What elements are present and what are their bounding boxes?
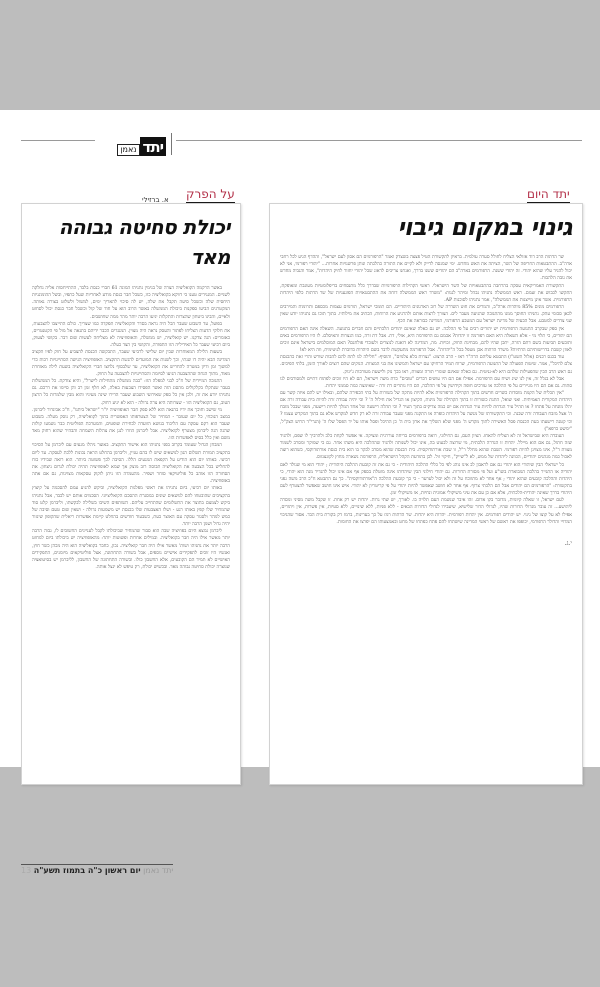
paragraph: התגובה המיידית של ח"כ לבני למפלה הזו: "כ…	[32, 378, 230, 407]
article-signature: י.ג.	[280, 540, 572, 547]
paragraph: לעם ישראל, זו שאלה קיומית, מדובר בקו אדו…	[280, 497, 572, 526]
left-article-body: באשר הרקמה הקואליציה הצרה של בנימין נתני…	[32, 285, 230, 571]
paragraph: מי שישב וחוכך את ידיו בהנאה הוא ללא ספק …	[32, 407, 230, 443]
masthead-rule-left	[21, 140, 95, 141]
paragraph: באשר הרקמה הקואליציה הצרה של בנימין נתני…	[32, 285, 230, 321]
paragraph: העובדה היא שבישראל זה לא הצליח להאחז. הצ…	[280, 433, 572, 462]
page-footer: יתד נאמן יום ראשון כ"ה בתמוז תשע"ה 13	[21, 864, 173, 875]
paragraph: באותו יום רביעי, ביום נתניהו את ראשי מפל…	[32, 485, 230, 528]
paragraph: המבחן הגדול שעומד בקרוב בפני נתניהו הוא …	[32, 442, 230, 485]
publication-logo: יתד נאמן	[106, 130, 166, 156]
footer-publication: יתד נאמן	[143, 866, 173, 875]
logo-main-text: יתד	[140, 137, 166, 156]
left-article-panel: יכולת סחיטה גבוהה מאד באשר הרקמה הקואליצ…	[21, 203, 241, 785]
masthead-divider	[171, 133, 172, 155]
footer-date: יום ראשון כ"ה בתמוז תשע"ה	[34, 866, 141, 875]
page-number: 13	[21, 866, 31, 875]
paragraph: עוד בכנס רבנים (אלול תשט"ו) התבטא עליהם …	[280, 354, 572, 375]
paragraph: התקשורת האמריקאית עסקה בהרחבה בהתבטאויות…	[280, 283, 572, 304]
paragraph: ליברמן נמצא היום בפוזיציה שבה הוא סבור ש…	[32, 528, 230, 571]
right-article-panel: גינוי במקום גיבוי שר הדתות הרב דוד אזולא…	[269, 203, 583, 785]
left-article-headline: יכולת סחיטה גבוהה מאד	[32, 212, 230, 272]
paragraph: "אין תכלית של הקמת מוסדות כשרים חדשים בת…	[280, 390, 572, 433]
paragraph: שר הדתות הרב דוד אזולאי הצליח לחולל סערה…	[280, 254, 572, 283]
paragraph: אבל לא בגלל זה, אין לנו שיג ושיח עם הרפו…	[280, 376, 572, 390]
logo-sub-text: נאמן	[117, 144, 139, 156]
masthead-rule-right	[176, 140, 582, 141]
right-article-headline: גינוי במקום גיבוי	[280, 212, 572, 242]
paragraph: הרפורמים מונים 85% מיהדות ארה"ב, והמרים …	[280, 304, 572, 325]
paragraph: בפועל, עד השבוע שעבר הכל היה נראה בסדר ו…	[32, 321, 230, 350]
paragraph: אין ספק שבקרב התנועה הרפורמית יש יהודים …	[280, 326, 572, 355]
paragraph: בשעות הלילה המאוחרות שבין יום שלישי לרבי…	[32, 349, 230, 378]
paragraph: כל ישראלי הבין שיהודי הוא יהודי גם אם לר…	[280, 462, 572, 498]
right-article-body: שר הדתות הרב דוד אזולאי הצליח לחולל סערה…	[280, 254, 572, 526]
